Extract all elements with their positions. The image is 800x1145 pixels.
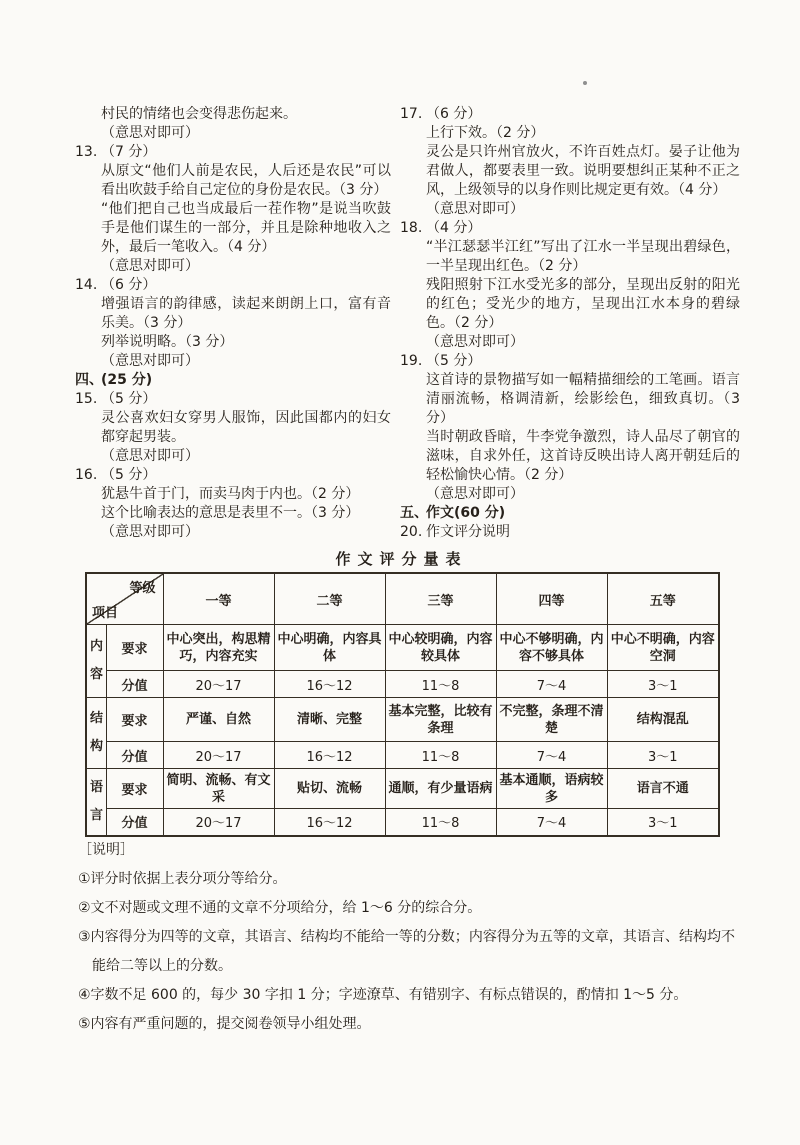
answer-line: 五、作文(60 分) — [400, 504, 740, 523]
answer-text: 从原文“他们人前是农民，人后还是农民”可以看出吹鼓手给自己定位的身份是农民。（3… — [101, 163, 391, 198]
sublabel-score: 分值 — [106, 742, 163, 769]
answer-text: （意思对即可） — [426, 201, 524, 217]
item-number: 17. — [400, 105, 422, 124]
requirement-cell: 基本通顺，语病较多 — [496, 769, 607, 809]
answer-text: “他们把自己也当成最后一茬作物”是说当吹鼓手是他们谋生的一部分，并且是除种地收入… — [101, 201, 391, 255]
answer-text: （6 分） — [426, 106, 481, 122]
answer-line: （意思对即可） — [400, 485, 740, 504]
requirement-cell: 中心较明确，内容较具体 — [385, 625, 496, 671]
score-cell: 11～8 — [385, 809, 496, 836]
table-row-content-scores: 分值 20～17 16～12 11～8 7～4 3～1 — [86, 671, 719, 698]
sublabel-requirement: 要求 — [106, 625, 163, 671]
note-line: ③内容得分为四等的文章，其语言、结构均不能给一等的分数；内容得分为五等的文章，其… — [78, 923, 735, 981]
grade-header: 四等 — [496, 573, 607, 625]
answer-line: （意思对即可） — [75, 257, 391, 276]
score-cell: 11～8 — [385, 671, 496, 698]
requirement-cell: 基本完整，比较有条理 — [385, 698, 496, 742]
score-cell: 7～4 — [496, 671, 607, 698]
answer-text: 当时朝政昏暗，牛李党争激烈，诗人品尽了朝官的滋味，自求外任，这首诗反映出诗人离开… — [426, 429, 740, 483]
requirement-cell: 中心不够明确，内容不够具体 — [496, 625, 607, 671]
answer-line: （意思对即可） — [75, 124, 391, 143]
table-row-content-requirements: 内容 要求 中心突出，构思精巧，内容充实 中心明确，内容具体 中心较明确，内容较… — [86, 625, 719, 671]
answer-text: （意思对即可） — [101, 448, 199, 464]
answer-line: 18.（4 分） — [400, 219, 740, 238]
score-cell: 3～1 — [607, 671, 719, 698]
answer-text: 村民的情绪也会变得悲伤起来。 — [101, 106, 297, 122]
sublabel-score: 分值 — [106, 671, 163, 698]
corner-label-item: 项目 — [92, 602, 118, 621]
requirement-cell: 严谨、自然 — [163, 698, 274, 742]
answer-line: 16.（5 分） — [75, 466, 391, 485]
answer-line: （意思对即可） — [75, 523, 391, 542]
essay-score-table: 等级 项目 一等 二等 三等 四等 五等 内容 要求 中心突出，构思精巧，内容充… — [85, 572, 720, 837]
score-cell: 20～17 — [163, 742, 274, 769]
answers-column-left: 村民的情绪也会变得悲伤起来。 （意思对即可） 13.（7 分） 从原文“他们人前… — [75, 105, 391, 542]
corner-cell: 等级 项目 — [86, 573, 163, 625]
row-label-language: 语言 — [86, 769, 106, 836]
table-row-structure-scores: 分值 20～17 16～12 11～8 7～4 3～1 — [86, 742, 719, 769]
answer-line: 增强语言的韵律感，读起来朗朗上口，富有音乐美。（3 分） — [75, 295, 391, 333]
table-row-language-requirements: 语言 要求 简明、流畅、有文采 贴切、流畅 通顺，有少量语病 基本通顺，语病较多… — [86, 769, 719, 809]
answers-area: 村民的情绪也会变得悲伤起来。 （意思对即可） 13.（7 分） 从原文“他们人前… — [75, 105, 740, 542]
answer-text: （5 分） — [101, 391, 156, 407]
answer-line: 14.（6 分） — [75, 276, 391, 295]
answer-text: （意思对即可） — [101, 353, 199, 369]
requirement-cell: 通顺，有少量语病 — [385, 769, 496, 809]
answer-text: （意思对即可） — [426, 334, 524, 350]
score-cell: 11～8 — [385, 742, 496, 769]
answer-line: 四、(25 分) — [75, 371, 391, 390]
answer-text: 这个比喻表达的意思是表里不一。（3 分） — [101, 505, 359, 521]
item-number: 15. — [75, 390, 97, 409]
item-number: 16. — [75, 466, 97, 485]
item-number: 19. — [400, 352, 422, 371]
sublabel-requirement: 要求 — [106, 698, 163, 742]
grade-header: 一等 — [163, 573, 274, 625]
score-cell: 20～17 — [163, 809, 274, 836]
answer-line: （意思对即可） — [400, 200, 740, 219]
item-number: 18. — [400, 219, 422, 238]
sublabel-score: 分值 — [106, 809, 163, 836]
item-number: 20. — [400, 523, 422, 542]
answer-text: 这首诗的景物描写如一幅精描细绘的工笔画。语言清丽流畅，格调清新，绘影绘色，细致真… — [426, 372, 740, 426]
answer-line: 村民的情绪也会变得悲伤起来。 — [75, 105, 391, 124]
answer-text: （意思对即可） — [101, 524, 199, 540]
score-cell: 16～12 — [274, 809, 385, 836]
corner-label-grade: 等级 — [129, 577, 155, 596]
score-cell: 3～1 — [607, 742, 719, 769]
answer-line: 这个比喻表达的意思是表里不一。（3 分） — [75, 504, 391, 523]
answer-line: 从原文“他们人前是农民，人后还是农民”可以看出吹鼓手给自己定位的身份是农民。（3… — [75, 162, 391, 200]
answer-line: （意思对即可） — [400, 333, 740, 352]
answer-line: 灵公喜欢妇女穿男人服饰，因此国都内的妇女都穿起男装。 — [75, 409, 391, 447]
row-label-structure: 结构 — [86, 698, 106, 769]
table-header-row: 等级 项目 一等 二等 三等 四等 五等 — [86, 573, 719, 625]
answer-text: （意思对即可） — [426, 486, 524, 502]
answer-line: 15.（5 分） — [75, 390, 391, 409]
document-page: 村民的情绪也会变得悲伤起来。 （意思对即可） 13.（7 分） 从原文“他们人前… — [0, 0, 800, 1145]
answer-line: “他们把自己也当成最后一茬作物”是说当吹鼓手是他们谋生的一部分，并且是除种地收入… — [75, 200, 391, 257]
answer-text: 灵公是只许州官放火，不许百姓点灯。晏子让他为君做人，都要表里一致。说明要想纠正某… — [426, 144, 740, 198]
score-cell: 7～4 — [496, 742, 607, 769]
answer-text: 列举说明略。（3 分） — [101, 334, 233, 350]
grade-header: 五等 — [607, 573, 719, 625]
table-row-language-scores: 分值 20～17 16～12 11～8 7～4 3～1 — [86, 809, 719, 836]
answer-text: （6 分） — [101, 277, 156, 293]
item-number: 四、 — [75, 371, 103, 390]
answer-line: 上行下效。（2 分） — [400, 124, 740, 143]
answer-line: 19.（5 分） — [400, 352, 740, 371]
answer-text: （4 分） — [426, 220, 481, 236]
answer-text: 增强语言的韵律感，读起来朗朗上口，富有音乐美。（3 分） — [101, 296, 391, 331]
requirement-cell: 不完整，条理不清楚 — [496, 698, 607, 742]
table-row-structure-requirements: 结构 要求 严谨、自然 清晰、完整 基本完整，比较有条理 不完整，条理不清楚 结… — [86, 698, 719, 742]
score-cell: 7～4 — [496, 809, 607, 836]
requirement-cell: 结构混乱 — [607, 698, 719, 742]
answer-text: (25 分) — [101, 372, 152, 388]
note-line: ⑤内容有严重问题的，提交阅卷领导小组处理。 — [78, 1010, 735, 1039]
score-cell: 16～12 — [274, 742, 385, 769]
answer-text: 作文评分说明 — [426, 524, 510, 540]
score-cell: 16～12 — [274, 671, 385, 698]
answer-line: 残阳照射下江水受光多的部分，呈现出反射的阳光的红色；受光少的地方，呈现出江水本身… — [400, 276, 740, 333]
note-line: ④字数不足 600 的，每少 30 字扣 1 分；字迹潦草、有错别字、有标点错误… — [78, 981, 735, 1010]
note-line: ［说明］ — [78, 836, 735, 865]
requirement-cell: 贴切、流畅 — [274, 769, 385, 809]
answer-line: 这首诗的景物描写如一幅精描细绘的工笔画。语言清丽流畅，格调清新，绘影绘色，细致真… — [400, 371, 740, 428]
note-line: ①评分时依据上表分项分等给分。 — [78, 865, 735, 894]
answer-line: 当时朝政昏暗，牛李党争激烈，诗人品尽了朝官的滋味，自求外任，这首诗反映出诗人离开… — [400, 428, 740, 485]
answer-text: 残阳照射下江水受光多的部分，呈现出反射的阳光的红色；受光少的地方，呈现出江水本身… — [426, 277, 740, 331]
answer-line: 灵公是只许州官放火，不许百姓点灯。晏子让他为君做人，都要表里一致。说明要想纠正某… — [400, 143, 740, 200]
item-number: 14. — [75, 276, 97, 295]
answer-text: “半江瑟瑟半江红”写出了江水一半呈现出碧绿色，一半呈现出红色。（2 分） — [426, 239, 740, 274]
requirement-cell: 中心突出，构思精巧，内容充实 — [163, 625, 274, 671]
score-table-title: 作文评分量表 — [85, 548, 718, 569]
answer-line: 13.（7 分） — [75, 143, 391, 162]
notes-section: ［说明］ ①评分时依据上表分项分等给分。 ②文不对题或文理不通的文章不分项给分，… — [78, 836, 735, 1039]
answer-text: （7 分） — [101, 144, 156, 160]
grade-header: 二等 — [274, 573, 385, 625]
answer-line: 犹悬牛首于门，而卖马肉于内也。（2 分） — [75, 485, 391, 504]
answer-line: 17.（6 分） — [400, 105, 740, 124]
answers-column-right: 17.（6 分） 上行下效。（2 分） 灵公是只许州官放火，不许百姓点灯。晏子让… — [400, 105, 740, 542]
answer-text: （意思对即可） — [101, 125, 199, 141]
scan-speck — [583, 81, 587, 85]
answer-text: 作文(60 分) — [426, 505, 505, 521]
row-label-content: 内容 — [86, 625, 106, 698]
grade-header: 三等 — [385, 573, 496, 625]
sublabel-requirement: 要求 — [106, 769, 163, 809]
note-line: ②文不对题或文理不通的文章不分项给分，给 1～6 分的综合分。 — [78, 894, 735, 923]
requirement-cell: 中心不明确，内容空洞 — [607, 625, 719, 671]
answer-line: “半江瑟瑟半江红”写出了江水一半呈现出碧绿色，一半呈现出红色。（2 分） — [400, 238, 740, 276]
answer-text: 犹悬牛首于门，而卖马肉于内也。（2 分） — [101, 486, 359, 502]
answer-text: （意思对即可） — [101, 258, 199, 274]
requirement-cell: 语言不通 — [607, 769, 719, 809]
answer-text: 灵公喜欢妇女穿男人服饰，因此国都内的妇女都穿起男装。 — [101, 410, 391, 445]
requirement-cell: 简明、流畅、有文采 — [163, 769, 274, 809]
answer-line: 20.作文评分说明 — [400, 523, 740, 542]
answer-line: （意思对即可） — [75, 352, 391, 371]
item-number: 13. — [75, 143, 97, 162]
item-number: 五、 — [400, 504, 428, 523]
answer-line: （意思对即可） — [75, 447, 391, 466]
answer-line: 列举说明略。（3 分） — [75, 333, 391, 352]
score-cell: 20～17 — [163, 671, 274, 698]
answer-text: （5 分） — [101, 467, 156, 483]
answer-text: （5 分） — [426, 353, 481, 369]
requirement-cell: 清晰、完整 — [274, 698, 385, 742]
answer-text: 上行下效。（2 分） — [426, 125, 544, 141]
score-cell: 3～1 — [607, 809, 719, 836]
requirement-cell: 中心明确，内容具体 — [274, 625, 385, 671]
